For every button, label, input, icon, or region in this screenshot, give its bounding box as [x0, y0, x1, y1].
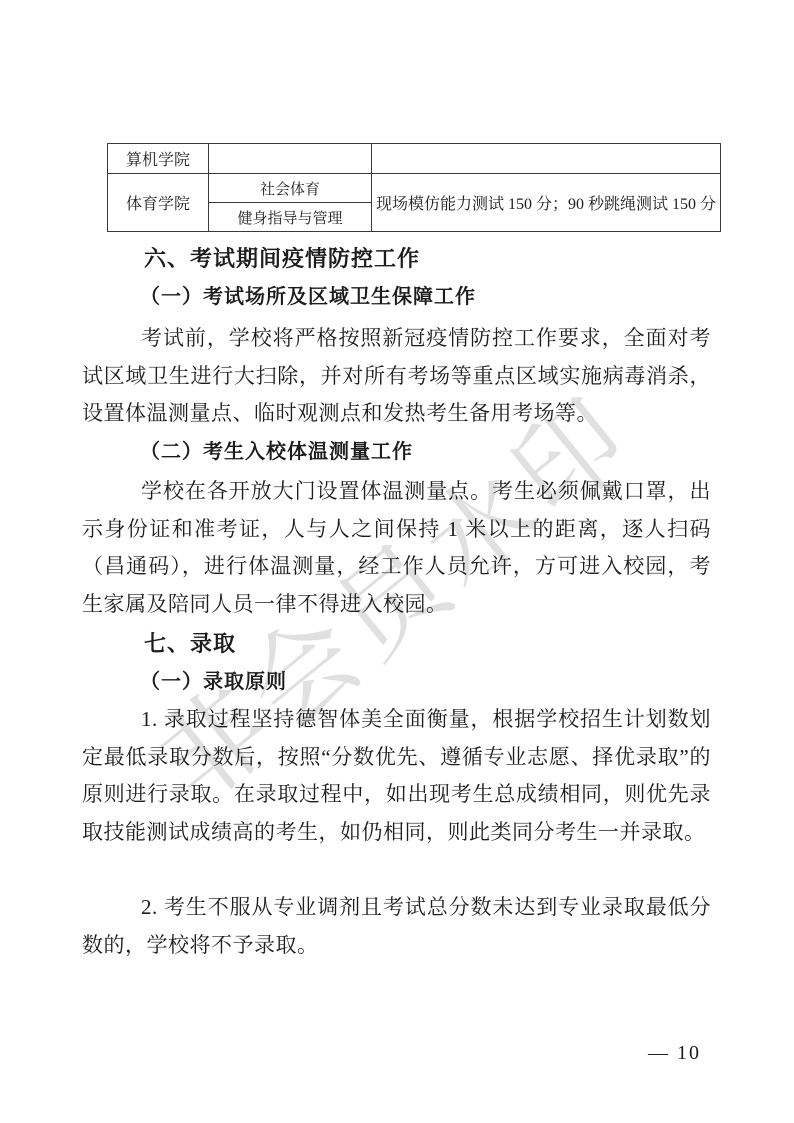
- paragraph-exam-venue: 考试前，学校将严格按照新冠疫情防控工作要求，全面对考试区域卫生进行大扫除，并对所…: [82, 320, 711, 433]
- heading-section-7-1: （一）录取原则: [82, 668, 711, 696]
- cell-college: 体育学院: [108, 174, 209, 232]
- paragraph-admission-rule-2: 2. 考生不服从专业调剂且考试总分数未达到专业录取最低分数的，学校将不予录取。: [82, 889, 711, 964]
- heading-chapter-six: 六、考试期间疫情防控工作: [82, 245, 711, 273]
- paragraph-admission-rule-1: 1. 录取过程坚持德智体美全面衡量，根据学校招生计划数划定最低录取分数后，按照“…: [82, 701, 711, 851]
- exam-score-table: 算机学院 体育学院 社会体育 现场模仿能力测试 150 分；90 秒跳绳测试 1…: [107, 143, 721, 232]
- cell-major: [209, 144, 372, 174]
- cell-score: 现场模仿能力测试 150 分；90 秒跳绳测试 150 分: [372, 174, 721, 232]
- heading-section-6-2: （二）考生入校体温测量工作: [82, 438, 711, 466]
- heading-section-6-1: （一）考试场所及区域卫生保障工作: [82, 283, 711, 311]
- paragraph-temperature-check: 学校在各开放大门设置体温测量点。考生必须佩戴口罩，出示身份证和准考证，人与人之间…: [82, 473, 711, 623]
- heading-chapter-seven: 七、录取: [82, 630, 711, 658]
- table-row: 体育学院 社会体育 现场模仿能力测试 150 分；90 秒跳绳测试 150 分: [108, 174, 721, 203]
- cell-major: 社会体育: [209, 174, 372, 203]
- cell-college: 算机学院: [108, 144, 209, 174]
- table-row: 算机学院: [108, 144, 721, 174]
- page-number: — 10: [648, 1042, 701, 1065]
- document-page: 非会员水印 算机学院 体育学院 社会体育 现场模仿能力测试 150 分；90 秒…: [0, 0, 794, 1123]
- cell-score: [372, 144, 721, 174]
- cell-major: 健身指导与管理: [209, 203, 372, 232]
